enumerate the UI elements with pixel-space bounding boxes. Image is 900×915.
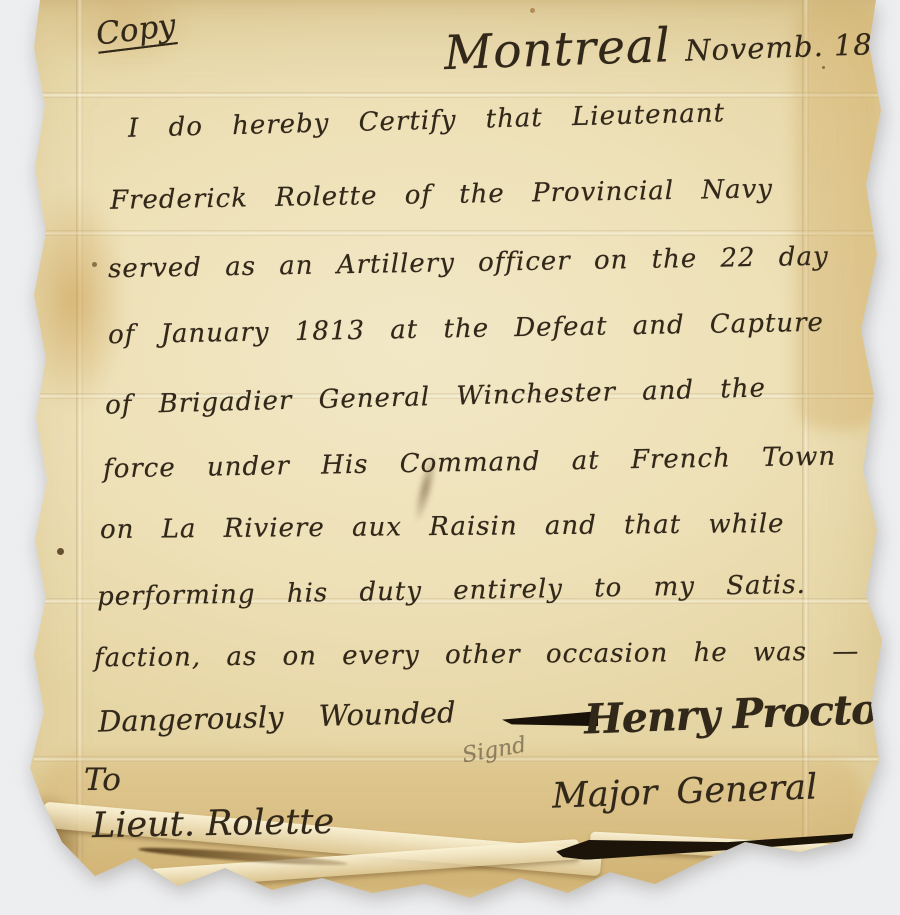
body-line: served as an Artillery officer on the 22…: [108, 242, 829, 285]
horizontal-crease-2: [34, 230, 878, 236]
paper-shadow: Copy Montreal Novemb. 1816 I do hereby C…: [0, 0, 900, 915]
addressee-lieut-rolette: Lieut. Rolette: [92, 802, 335, 846]
signed-note: Signd: [460, 733, 528, 769]
horizontal-crease-1: [34, 92, 878, 98]
dateline: Montreal Novemb. 1816: [443, 10, 900, 81]
horizontal-crease-5: [34, 756, 878, 762]
wounded-line: Dangerously Wounded: [98, 695, 456, 738]
vertical-fold-left: [76, 0, 83, 915]
body-line: on La Riviere aux Raisin and that while: [100, 509, 785, 545]
ink-speck: [57, 548, 64, 555]
body-line: Frederick Rolette of the Provincial Navy: [110, 174, 773, 216]
body-line: I do hereby Certify that Lieutenant: [128, 98, 726, 144]
scanned-document-stage: Copy Montreal Novemb. 1816 I do hereby C…: [0, 0, 900, 915]
dateline-place: Montreal: [443, 18, 672, 81]
body-line: of Brigadier General Winchester and the: [105, 373, 767, 420]
dateline-date: Novemb. 1816: [685, 26, 900, 68]
body-line: force under His Command at French Town: [103, 442, 837, 485]
address-to-label: To: [84, 762, 121, 798]
body-line: of January 1813 at the Defeat and Captur…: [108, 308, 824, 350]
signature-title: Major General: [551, 767, 817, 816]
body-line: performing his duty entirely to my Satis…: [97, 570, 806, 612]
ink-speck: [92, 262, 97, 267]
copy-annotation: Copy: [94, 7, 178, 52]
body-line: faction, as on every other occasion he w…: [94, 637, 860, 674]
aged-letter-paper: Copy Montreal Novemb. 1816 I do hereby C…: [0, 0, 900, 915]
stain-left-edge: [18, 185, 128, 415]
signature-henry-proctor: Henry Proctor: [583, 685, 898, 744]
ink-speck: [530, 8, 535, 13]
